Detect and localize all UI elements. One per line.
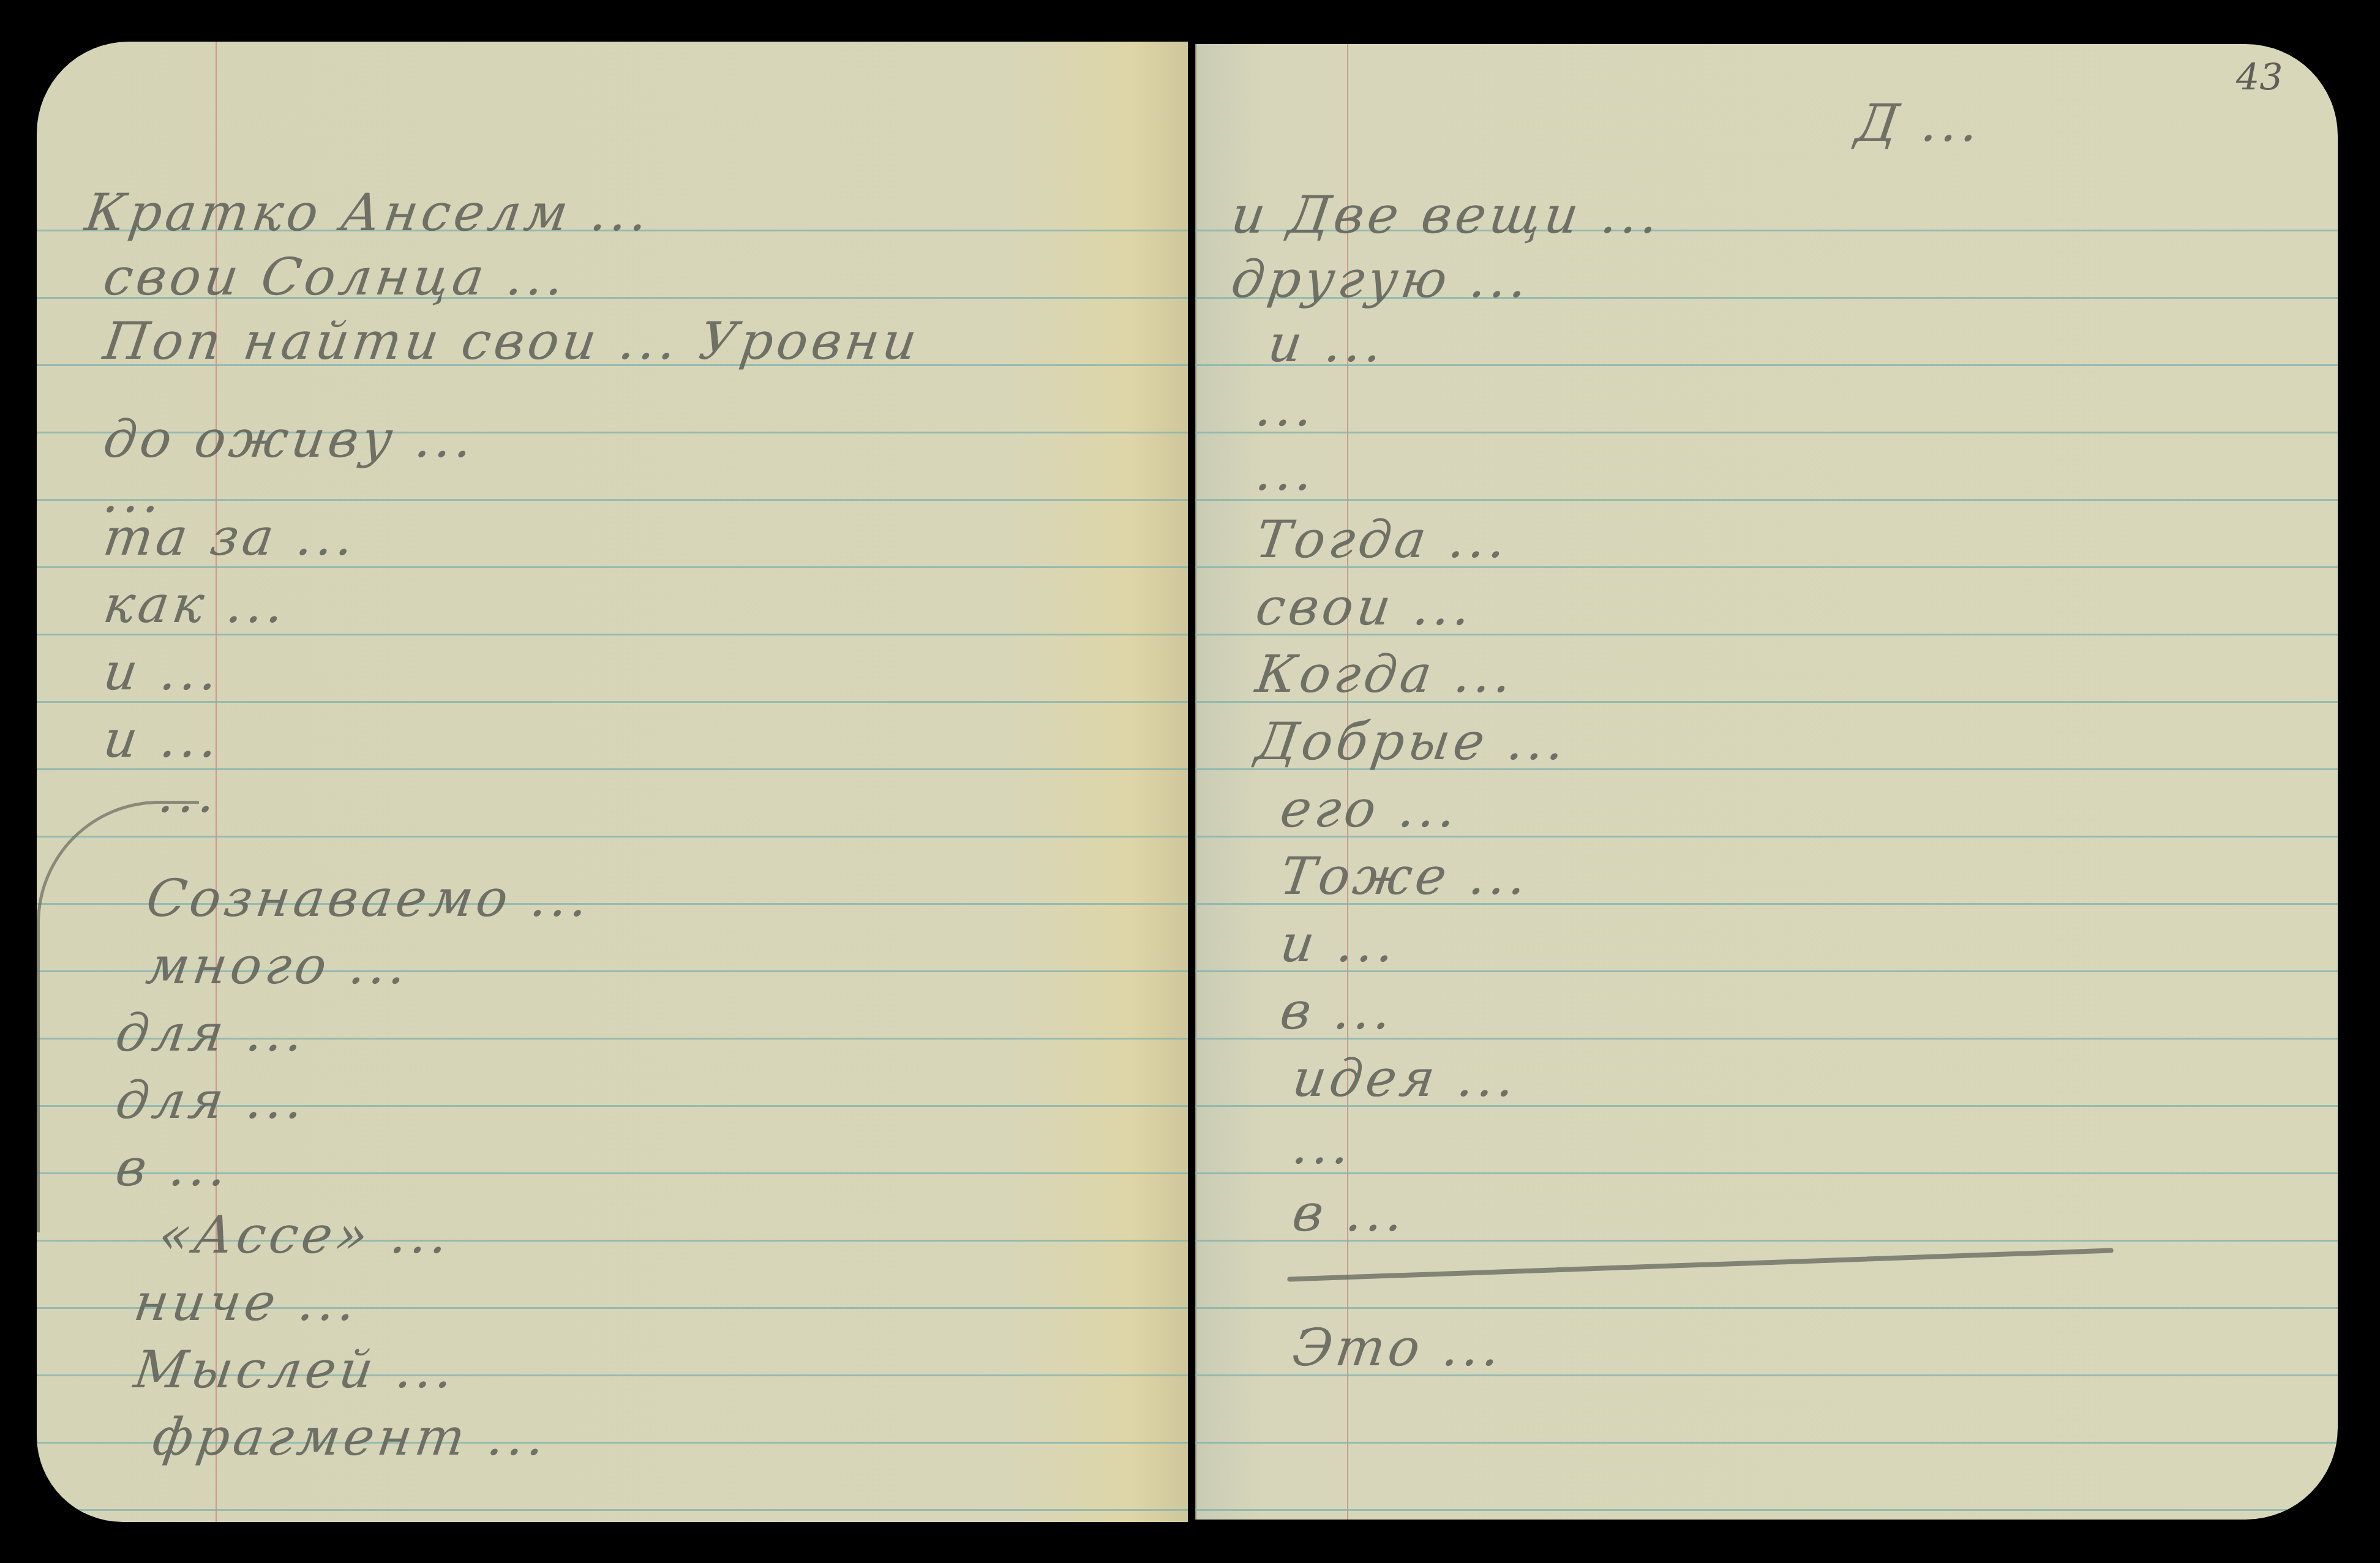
handwritten-line: Это ... <box>1289 1317 1507 1377</box>
handwritten-line: «Ассе» ... <box>155 1205 456 1265</box>
handwritten-line: ... <box>1252 378 1321 438</box>
handwritten-line: другую ... <box>1228 249 1534 309</box>
handwritten-line: та за ... <box>100 507 361 567</box>
handwritten-line: в ... <box>1277 981 1398 1041</box>
strikethrough-mark <box>1287 1248 2113 1281</box>
ruled-line <box>1195 1442 2338 1444</box>
handwritten-line: как ... <box>100 574 291 634</box>
ruled-line <box>37 499 1188 501</box>
handwritten-line: ниче ... <box>130 1272 363 1332</box>
handwritten-line: Тоже ... <box>1277 846 1534 906</box>
handwritten-line: Поп найти свои ... Уровни <box>100 311 924 371</box>
handwritten-line: и Две вещи ... <box>1228 185 1666 245</box>
gutter-edge <box>1195 44 1196 1520</box>
handwritten-line: его ... <box>1277 779 1463 839</box>
handwritten-line: для ... <box>112 1003 311 1063</box>
left-page: Кратко Анселм ... свои Солнца ... Поп на… <box>37 42 1188 1522</box>
handwritten-line: идея ... <box>1289 1048 1522 1108</box>
handwritten-line: и ... <box>1277 913 1402 973</box>
handwritten-line: Кратко Анселм ... <box>81 182 655 242</box>
ruled-line <box>37 836 1188 838</box>
handwritten-line: и ... <box>1264 313 1390 373</box>
handwritten-line: Добрые ... <box>1252 711 1572 771</box>
handwritten-line: ... <box>1289 1115 1357 1175</box>
page-heading: Д ... <box>1852 93 1986 153</box>
ruled-line <box>37 1509 1188 1511</box>
handwritten-line: и ... <box>100 642 225 702</box>
handwritten-line: Мыслей ... <box>130 1340 460 1400</box>
handwritten-line: свои ... <box>1252 577 1478 637</box>
ruled-line <box>1195 499 2338 501</box>
handwritten-line: до оживу ... <box>100 409 480 469</box>
handwritten-line: в ... <box>112 1138 234 1198</box>
handwritten-line: для ... <box>112 1070 311 1130</box>
handwritten-line: в ... <box>1289 1183 1411 1243</box>
ruled-line <box>1195 1509 2338 1511</box>
ruled-line <box>1195 1307 2338 1309</box>
handwritten-line: фрагмент ... <box>149 1407 552 1467</box>
handwritten-line: Когда ... <box>1252 644 1519 704</box>
handwritten-line: много ... <box>143 935 414 995</box>
ruled-line <box>1195 432 2338 433</box>
handwritten-line: свои Солнца ... <box>100 247 571 307</box>
handwritten-line: Тогда ... <box>1252 509 1514 569</box>
ruled-line <box>1195 1172 2338 1174</box>
page-number: 43 <box>2236 56 2283 99</box>
handwritten-line: и ... <box>100 709 225 769</box>
handwritten-line: Сознаваемо ... <box>143 868 596 928</box>
right-page: 43 Д ... и Две вещи ... другую ... и ...… <box>1195 44 2338 1520</box>
handwritten-line: ... <box>1252 442 1321 502</box>
